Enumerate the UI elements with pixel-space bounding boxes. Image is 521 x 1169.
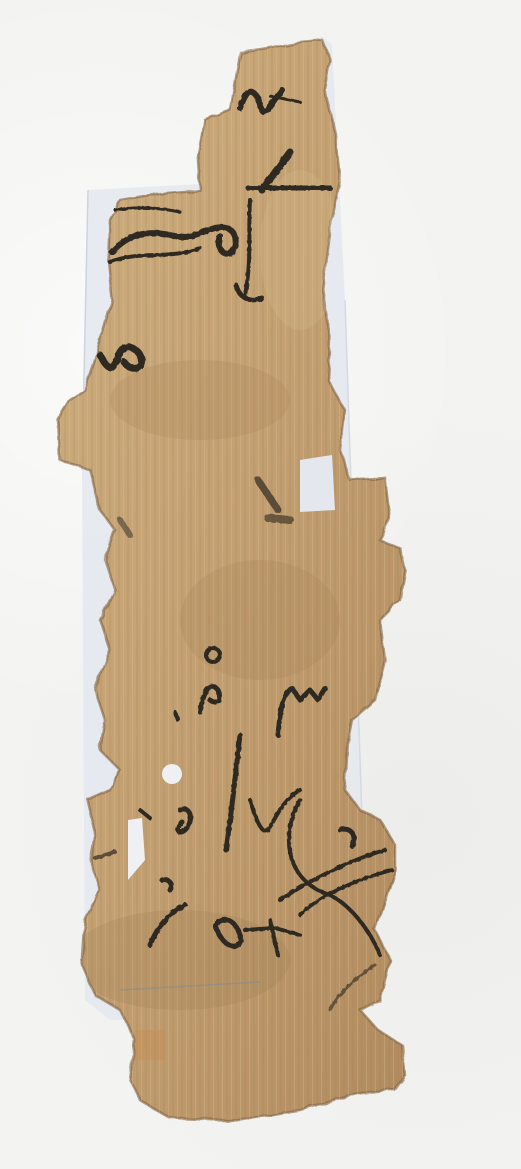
papyrus-photo xyxy=(0,0,521,1169)
